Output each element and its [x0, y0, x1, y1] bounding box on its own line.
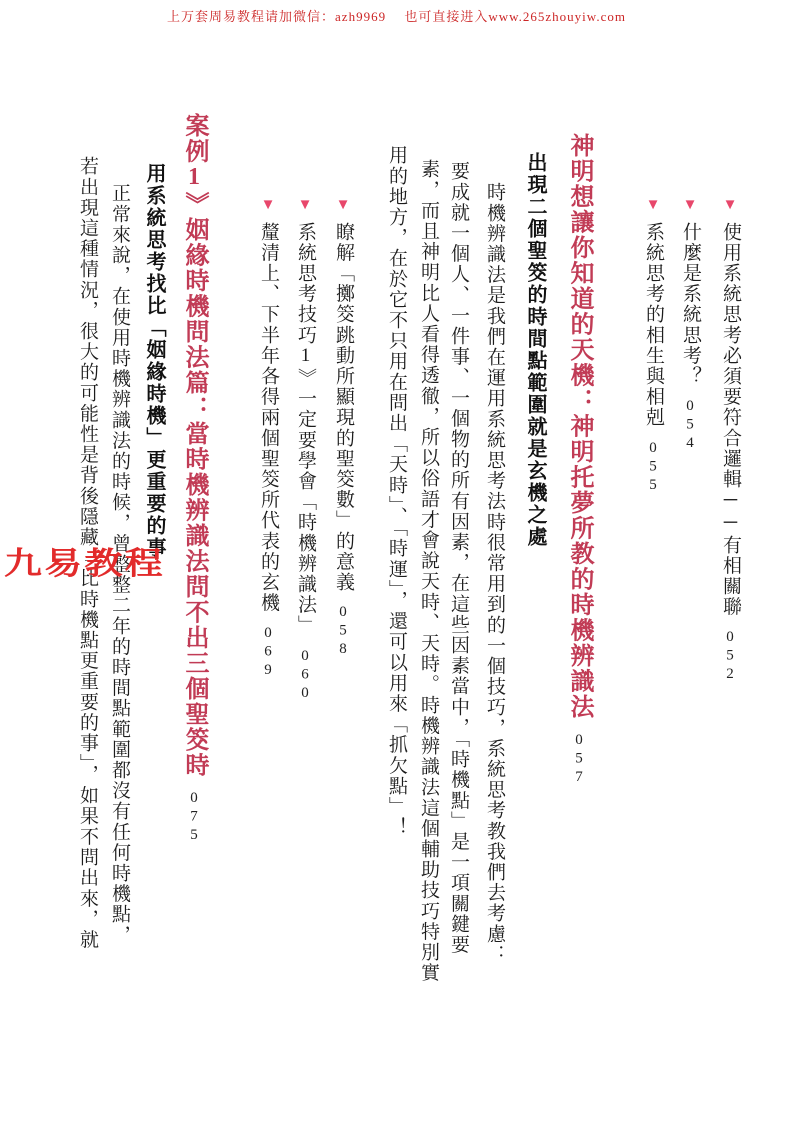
chapter-subtitle: 用系統思考找比「姻緣時機」更重要的事 — [144, 163, 164, 559]
toc-item-page-number: 058 — [335, 604, 351, 660]
paragraph-column: 用的地方，在於它不只用在問出「天時」、「時運」，還可以用來「抓欠點」！ — [387, 145, 406, 838]
chapter-title-text: 案例1》姻緣時機問法篇：當時機辨識法問不出三個聖筊時 — [181, 113, 207, 778]
book-toc-page: 上万套周易教程请加微信：azh9969 也可直接进入www.265zhouyiw… — [0, 0, 793, 1121]
chapter-title: 案例1》姻緣時機問法篇：當時機辨識法問不出三個聖筊時075 — [182, 113, 206, 846]
paragraph-column: 素，而且神明比人看得透徹，所以俗語才會說天時、天時。時機辨識法這個輔助技巧特別實 — [419, 159, 438, 983]
header-promo-text: 上万套周易教程请加微信：azh9969 也可直接进入www.265zhouyiw… — [0, 6, 793, 25]
triangle-bullet-icon: ▼ — [682, 197, 697, 215]
triangle-bullet-icon: ▼ — [645, 197, 660, 215]
toc-item: ▼瞭解「擲筊跳動所顯現的聖筊數」的意義058 — [334, 197, 353, 660]
toc-item-page-number: 060 — [297, 648, 313, 704]
toc-item: ▼系統思考技巧1》一定要學會「時機辨識法」060 — [296, 197, 315, 703]
paragraph-column: 要成就一個人、一件事、一個物的所有因素，在這些因素當中，「時機點」是一項關鍵要 — [449, 161, 468, 955]
toc-item-page-number: 054 — [682, 398, 698, 454]
toc-item-label: 釐清上、下半年各得兩個聖筊所代表的玄機 — [258, 222, 279, 613]
toc-item-label: 系統思考的相生與相剋 — [643, 222, 664, 428]
toc-item: ▼什麼是系統思考？054 — [681, 197, 700, 454]
chapter-page-number: 075 — [186, 790, 202, 846]
toc-item-label: 使用系統思考必須要符合邏輯──有相關聯 — [720, 222, 741, 617]
toc-item: ▼系統思考的相生與相剋055 — [644, 197, 663, 495]
toc-item-label: 系統思考技巧1》一定要學會「時機辨識法」 — [295, 222, 316, 636]
toc-item-page-number: 055 — [645, 440, 661, 496]
chapter-title-text: 神明想讓你知道的天機：神明托夢所教的時機辨識法 — [566, 133, 592, 720]
chapter-title: 神明想讓你知道的天機：神明托夢所教的時機辨識法057 — [567, 133, 591, 787]
triangle-bullet-icon: ▼ — [260, 197, 275, 215]
toc-item: ▼釐清上、下半年各得兩個聖筊所代表的玄機069 — [259, 197, 278, 681]
toc-item-label: 瞭解「擲筊跳動所顯現的聖筊數」的意義 — [333, 222, 354, 593]
paragraph-column: 時機辨識法是我們在運用系統思考法時很常用到的一個技巧，系統思考教我們去考慮： — [485, 182, 504, 965]
toc-item-page-number: 052 — [722, 629, 738, 685]
toc-item-label: 什麼是系統思考？ — [680, 222, 701, 387]
triangle-bullet-icon: ▼ — [335, 197, 350, 215]
chapter-subtitle: 出現二個聖筊的時間點範圍就是玄機之處 — [525, 152, 545, 548]
chapter-page-number: 057 — [571, 732, 587, 788]
triangle-bullet-icon: ▼ — [722, 197, 737, 215]
toc-item: ▼使用系統思考必須要符合邏輯──有相關聯052 — [721, 197, 740, 685]
toc-item-page-number: 069 — [260, 625, 276, 681]
watermark-text: 九易教程 — [4, 538, 165, 583]
triangle-bullet-icon: ▼ — [297, 197, 312, 215]
